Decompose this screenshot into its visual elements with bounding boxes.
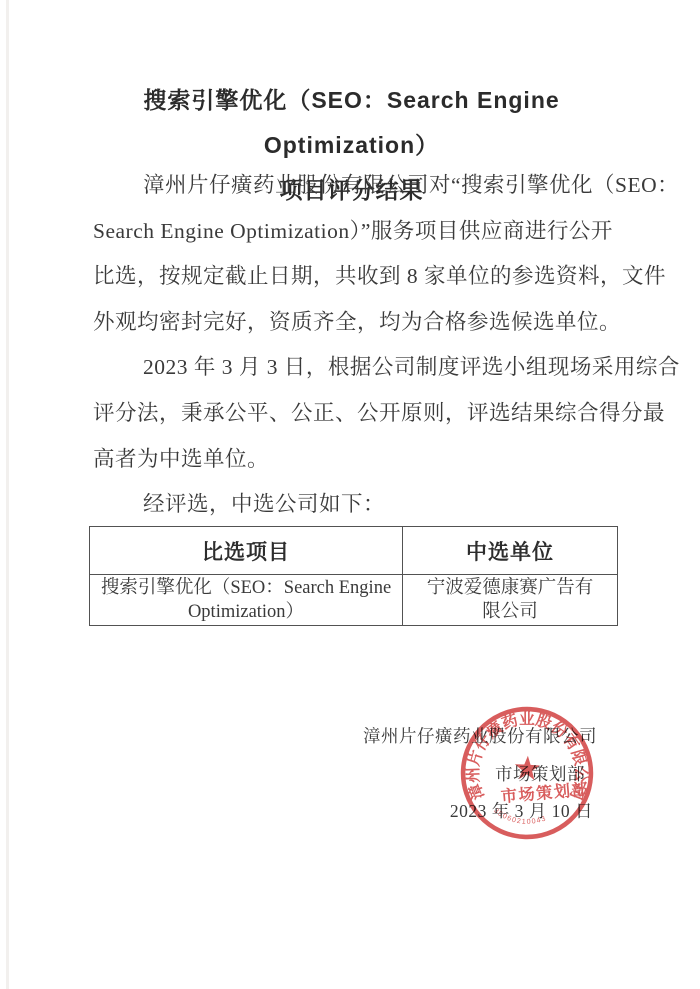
body-line: 高者为中选单位。 bbox=[93, 437, 615, 483]
table-cell-winner: 宁波爱德康赛广告有限公司 bbox=[403, 575, 618, 626]
body-line: 比选，按规定截止日期，共收到 8 家单位的参选资料，文件 bbox=[93, 254, 615, 300]
body-line: 2023 年 3 月 3 日，根据公司制度评选小组现场采用综合 bbox=[93, 345, 615, 391]
signature-department: 市场策划部 bbox=[277, 764, 597, 784]
title-line-1: 搜索引擎优化（SEO：Search Engine Optimization） bbox=[93, 78, 610, 168]
body-line: 经评选，中选公司如下： bbox=[93, 482, 615, 528]
scan-edge-artifact bbox=[6, 0, 9, 989]
body-line: Search Engine Optimization）”服务项目供应商进行公开 bbox=[93, 209, 615, 255]
table-header-project: 比选项目 bbox=[90, 527, 403, 575]
table-cell-project: 搜索引擎优化（SEO：Search Engine Optimization） bbox=[90, 575, 403, 626]
signature-company: 漳州片仔癀药业股份有限公司 bbox=[277, 726, 597, 746]
table-header-winner: 中选单位 bbox=[403, 527, 618, 575]
table-header-row: 比选项目 中选单位 bbox=[90, 527, 618, 575]
body-line: 外观均密封完好，资质齐全，均为合格参选候选单位。 bbox=[93, 300, 615, 346]
signature-block: 漳州片仔癀药业股份有限公司 市场策划部 2023 年 3 月 10 日 bbox=[277, 726, 597, 821]
body-line: 漳州片仔癀药业股份有限公司对“搜索引擎优化（SEO： bbox=[93, 163, 615, 209]
document-page: { "document": { "title_lines": [ "搜索引擎优化… bbox=[0, 0, 700, 989]
signature-date: 2023 年 3 月 10 日 bbox=[277, 801, 597, 821]
evaluation-result-table: 比选项目 中选单位 搜索引擎优化（SEO：Search Engine Optim… bbox=[89, 526, 618, 626]
body-line: 评分法，秉承公平、公正、公开原则，评选结果综合得分最 bbox=[93, 391, 615, 437]
table-row: 搜索引擎优化（SEO：Search Engine Optimization） 宁… bbox=[90, 575, 618, 626]
body-text: 漳州片仔癀药业股份有限公司对“搜索引擎优化（SEO：Search Engine … bbox=[93, 163, 615, 528]
